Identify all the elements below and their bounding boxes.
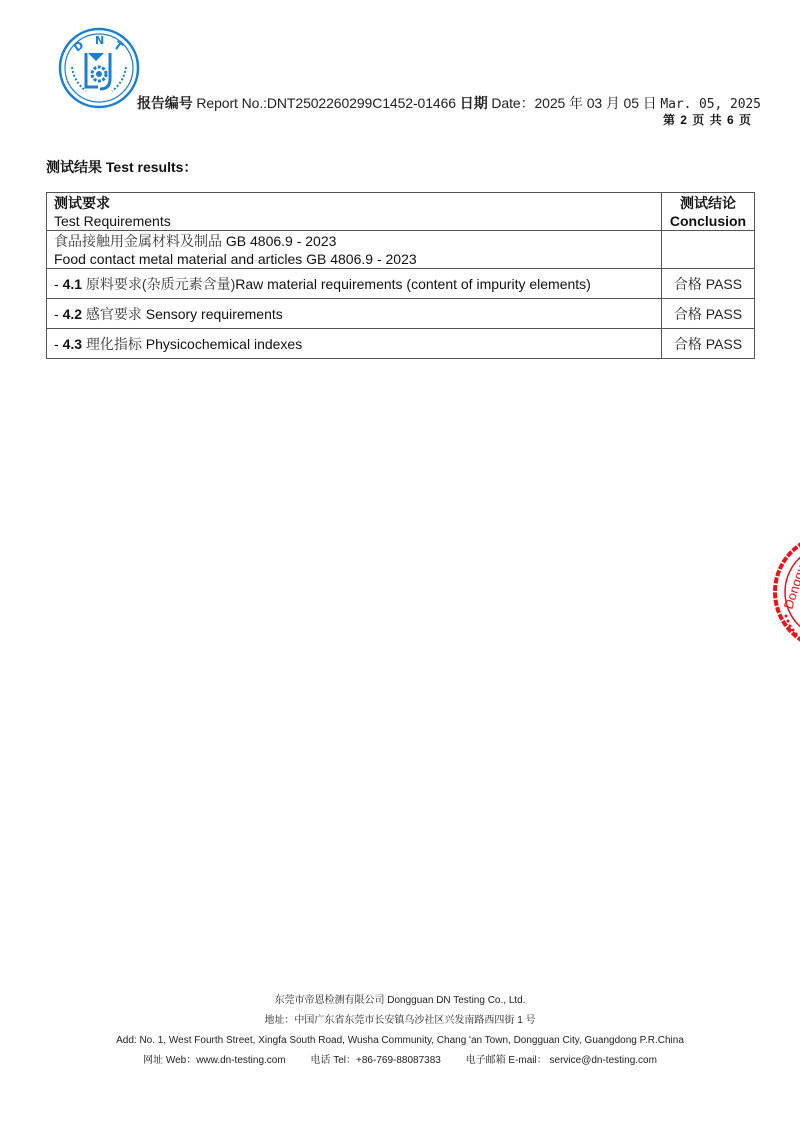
- item-dash: -: [54, 306, 63, 322]
- item-number: 4.1: [63, 276, 82, 292]
- dnt-logo: D N T: [58, 27, 140, 109]
- item-number: 4.2: [63, 306, 82, 322]
- item-zh: 原料要求(杂质元素含量): [82, 276, 235, 292]
- requirement-cell: - 4.1 原料要求(杂质元素含量)Raw material requireme…: [47, 269, 662, 299]
- requirements-header-en: Test Requirements: [54, 212, 654, 230]
- table-row: - 4.3 理化指标 Physicochemical indexes 合格 PA…: [47, 329, 755, 359]
- footer-tel: 电话 Tel：+86-769-88087383: [310, 1055, 440, 1066]
- date-label-zh: 日期: [460, 95, 488, 111]
- conclusion-cell: 合格 PASS: [662, 269, 755, 299]
- conclusion-header-zh: 测试结论: [666, 194, 750, 212]
- conclusion-cell: 合格 PASS: [662, 299, 755, 329]
- conclusion-header: 测试结论 Conclusion: [662, 193, 755, 231]
- standard-row: 食品接触用金属材料及制品 GB 4806.9 - 2023 Food conta…: [47, 231, 755, 269]
- requirement-cell: - 4.3 理化指标 Physicochemical indexes: [47, 329, 662, 359]
- footer-address-zh: 地址：中国广东省东莞市长安镇乌沙社区兴发南路西四街 1 号: [0, 1014, 800, 1034]
- report-no-label-en: Report No.:: [196, 95, 267, 111]
- requirement-cell: - 4.2 感官要求 Sensory requirements: [47, 299, 662, 329]
- svg-text:N: N: [95, 34, 104, 47]
- item-en: Sensory requirements: [142, 306, 283, 322]
- report-no-label-zh: 报告编号: [137, 95, 193, 111]
- company-stamp: Donggu: [770, 530, 800, 660]
- date-zh: 2025 年 03 月 05 日: [534, 95, 656, 111]
- table-row: - 4.2 感官要求 Sensory requirements 合格 PASS: [47, 299, 755, 329]
- requirements-header: 测试要求 Test Requirements: [47, 193, 662, 231]
- svg-text:D: D: [71, 39, 86, 55]
- item-dash: -: [54, 276, 63, 292]
- date-en: Mar. 05, 2025: [660, 97, 760, 112]
- table-header-row: 测试要求 Test Requirements 测试结论 Conclusion: [47, 193, 755, 231]
- footer: 东莞市帝恩检测有限公司 Dongguan DN Testing Co., Ltd…: [0, 994, 800, 1074]
- item-zh: 理化指标: [82, 336, 142, 352]
- report-header: 报告编号 Report No.:DNT2502260299C1452-01466…: [137, 93, 761, 113]
- requirements-header-zh: 测试要求: [54, 194, 654, 212]
- section-title: 测试结果 Test results：: [46, 157, 197, 177]
- page-info: 第 2 页 共 6 页: [663, 111, 752, 128]
- svg-text:T: T: [111, 39, 125, 54]
- item-en: Physicochemical indexes: [142, 336, 302, 352]
- footer-web: 网址 Web：www.dn-testing.com: [143, 1055, 286, 1066]
- item-dash: -: [54, 336, 63, 352]
- item-en: Raw material requirements (content of im…: [235, 276, 591, 292]
- conclusion-header-en: Conclusion: [666, 212, 750, 230]
- footer-email: 电子邮箱 E-mail： service@dn-testing.com: [466, 1055, 657, 1066]
- footer-contacts: 网址 Web：www.dn-testing.com 电话 Tel：+86-769…: [0, 1054, 800, 1074]
- conclusion-cell: 合格 PASS: [662, 329, 755, 359]
- footer-address-en: Add: No. 1, West Fourth Street, Xingfa S…: [0, 1034, 800, 1054]
- footer-company: 东莞市帝恩检测有限公司 Dongguan DN Testing Co., Ltd…: [0, 994, 800, 1014]
- table-row: - 4.1 原料要求(杂质元素含量)Raw material requireme…: [47, 269, 755, 299]
- date-label-en: Date：: [491, 95, 534, 111]
- standard-code: GB 4806.9 - 2023: [222, 233, 336, 249]
- item-number: 4.3: [63, 336, 82, 352]
- report-number: DNT2502260299C1452-01466: [267, 95, 456, 111]
- standard-zh: 食品接触用金属材料及制品: [54, 233, 222, 249]
- item-zh: 感官要求: [82, 306, 142, 322]
- standard-cell: 食品接触用金属材料及制品 GB 4806.9 - 2023 Food conta…: [47, 231, 662, 269]
- standard-conclusion: [662, 231, 755, 269]
- standard-en: Food contact metal material and articles…: [54, 250, 654, 268]
- results-table: 测试要求 Test Requirements 测试结论 Conclusion 食…: [46, 192, 755, 359]
